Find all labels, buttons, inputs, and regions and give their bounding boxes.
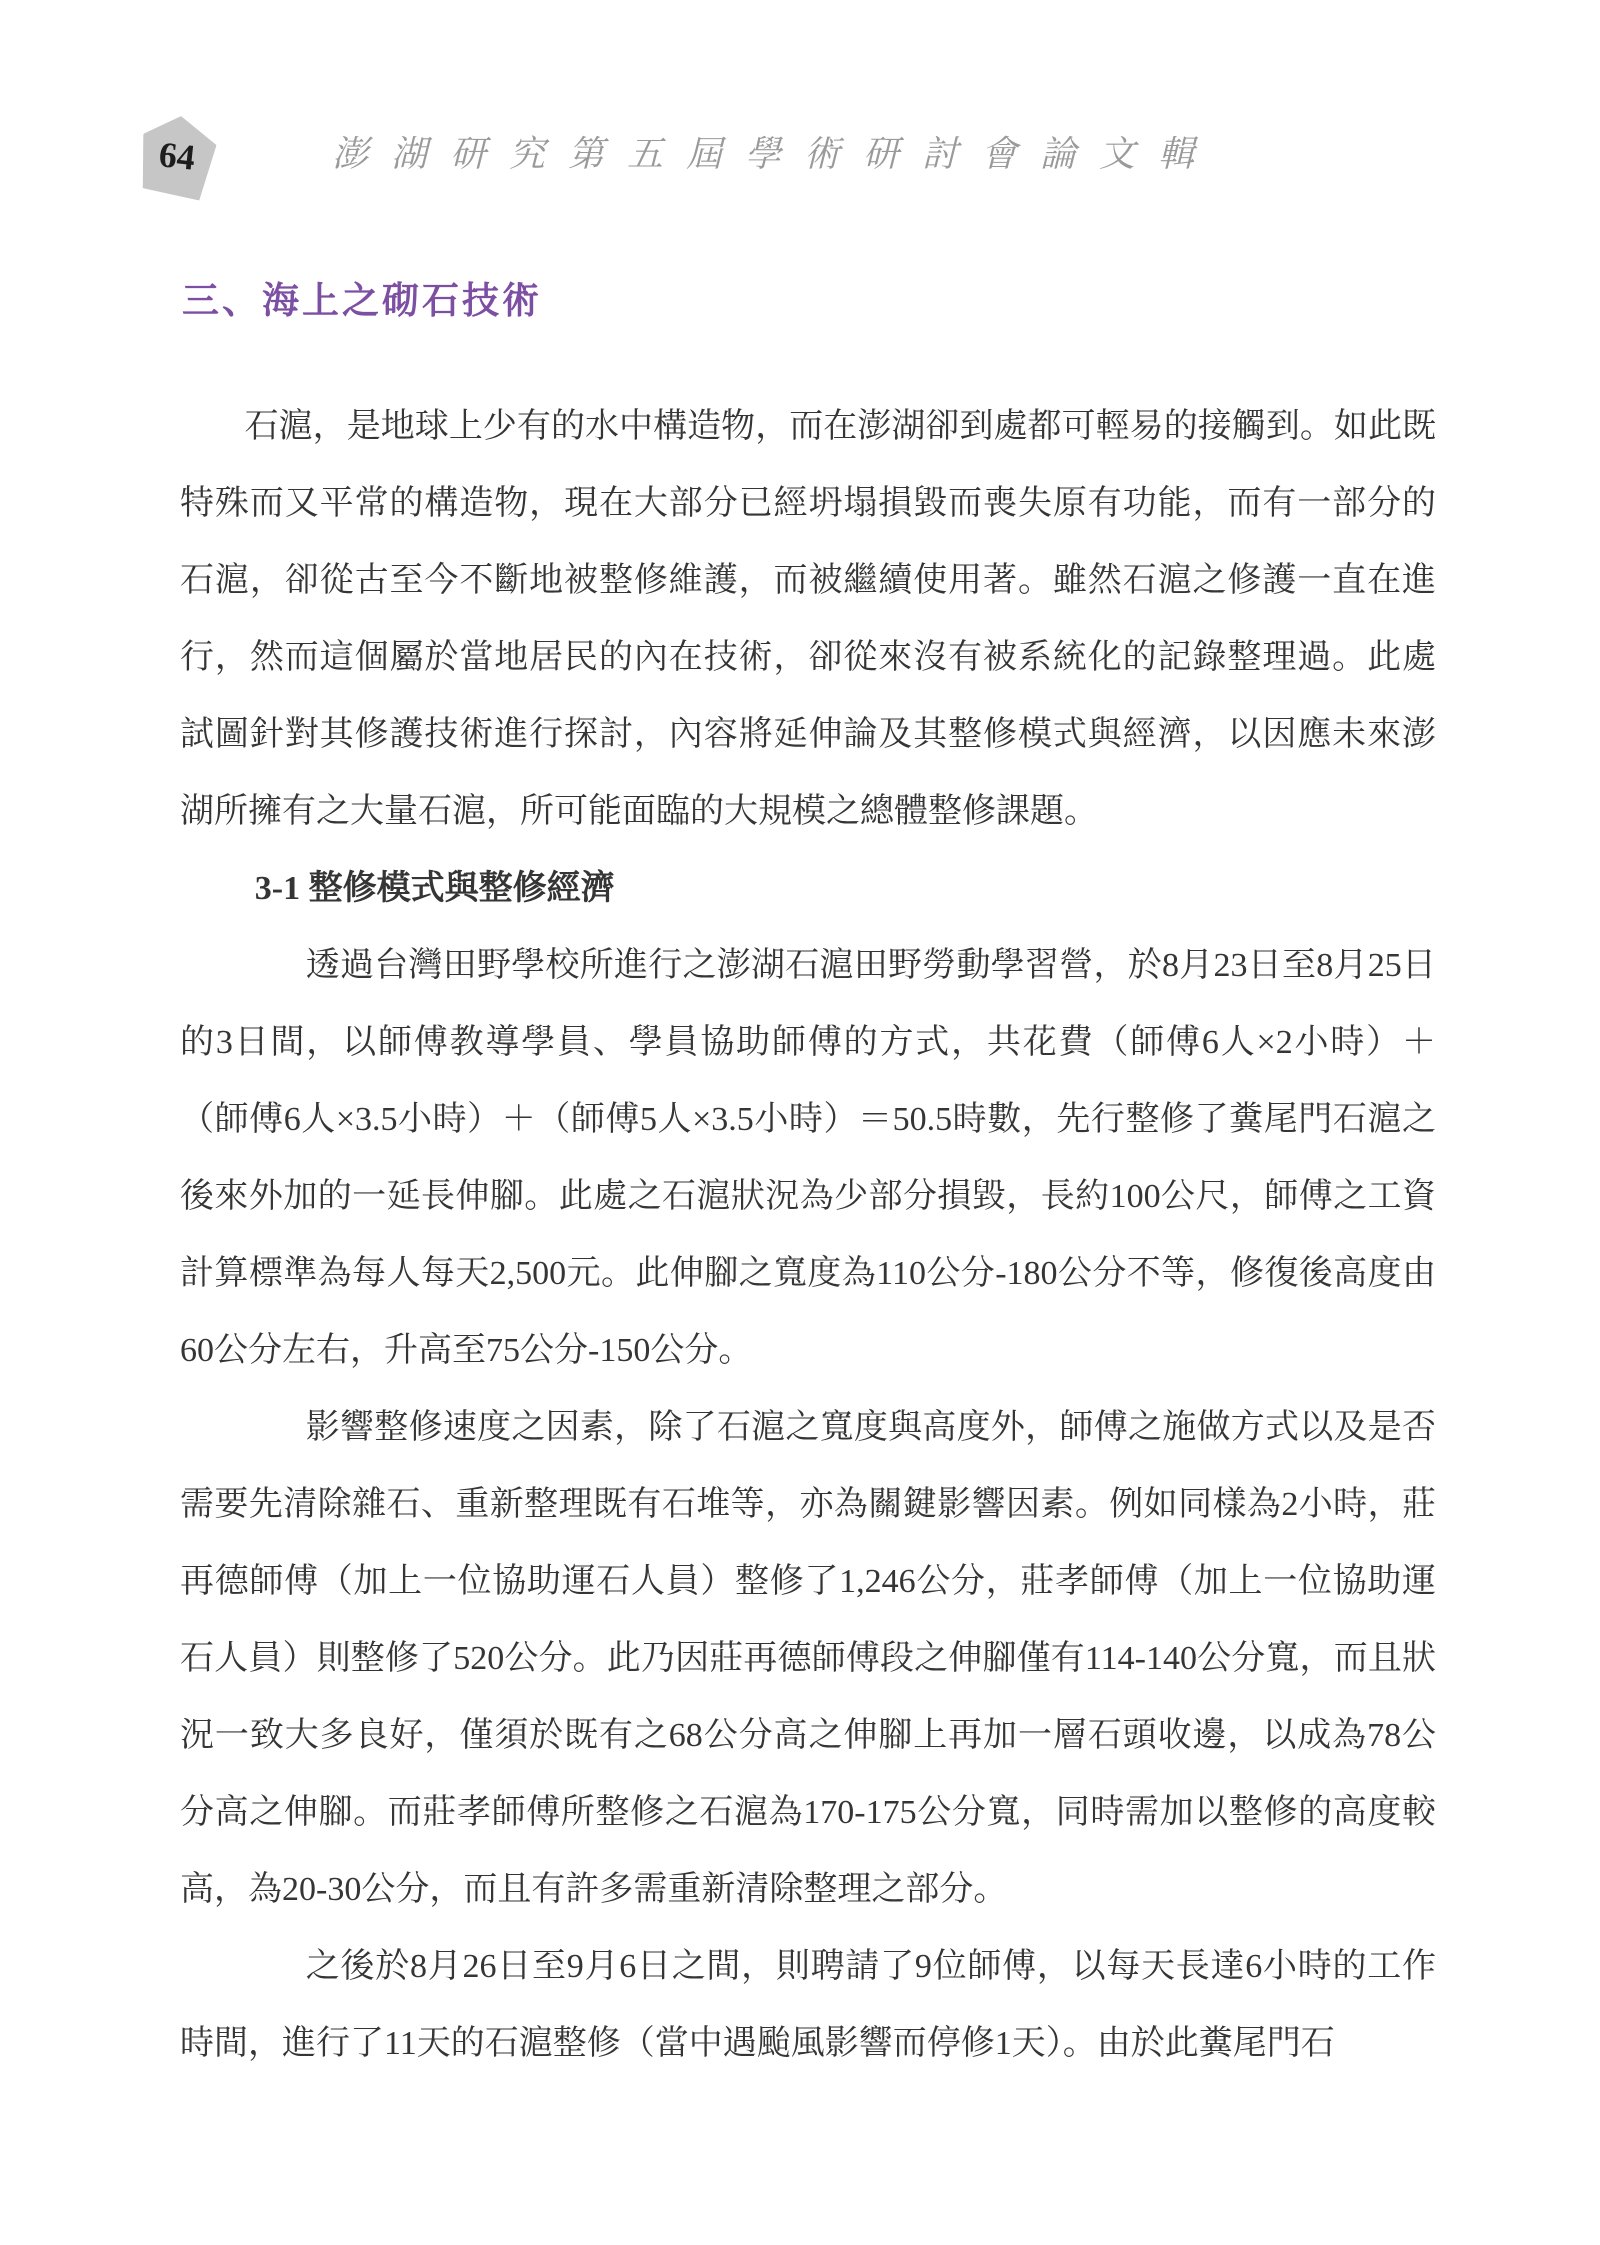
body-paragraph: 透過台灣田野學校所進行之澎湖石滬田野勞動學習營，於8月23日至8月25日的3日間… (180, 927, 1436, 1389)
body-paragraph: 之後於8月26日至9月6日之間，則聘請了9位師傅，以每天長達6小時的工作時間，進… (180, 1928, 1436, 2082)
body-paragraph: 石滬，是地球上少有的水中構造物，而在澎湖卻到處都可輕易的接觸到。如此既特殊而又平… (180, 388, 1436, 850)
running-header-title: 澎湖研究第五屆學術研討會論文輯 (332, 126, 1217, 177)
body-paragraph: 影響整修速度之因素，除了石滬之寬度與高度外，師傅之施做方式以及是否需要先清除雜石… (180, 1389, 1436, 1928)
page-number: 64 (157, 133, 197, 179)
pentagon-badge-shape: 64 (134, 110, 221, 202)
section-heading: 三、海上之砌石技術 (182, 270, 542, 324)
sub-section-heading: 3-1 整修模式與整修經濟 (180, 850, 1436, 927)
page-number-badge: 64 (134, 110, 221, 202)
document-page: 64 澎湖研究第五屆學術研討會論文輯 三、海上之砌石技術 石滬，是地球上少有的水… (0, 0, 1600, 2245)
body-text-block: 石滬，是地球上少有的水中構造物，而在澎湖卻到處都可輕易的接觸到。如此既特殊而又平… (180, 388, 1436, 2082)
